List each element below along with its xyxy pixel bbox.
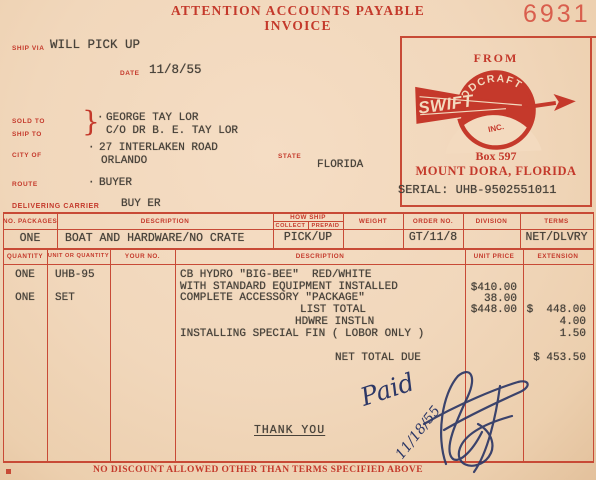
- handwritten-paid-text: Paid: [356, 367, 418, 412]
- item-extension: $ 453.50: [523, 352, 586, 364]
- item-quantity: ONE: [3, 292, 47, 304]
- item-unit: SET: [55, 292, 75, 304]
- ship-via-label: SHIP VIA: [12, 45, 45, 52]
- ship-to-label: SHIP TO: [12, 131, 42, 138]
- state-value: FLORIDA: [317, 159, 363, 171]
- item-description: COMPLETE ACCESSORY "PACKAGE": [180, 292, 365, 304]
- item-quantity: ONE: [3, 269, 47, 281]
- spear-tip: [554, 93, 577, 111]
- invoice-number: 6931: [523, 0, 591, 29]
- ship-row-no-packages: ONE: [3, 232, 57, 245]
- ship-table-vline: [593, 212, 594, 248]
- serial-label: SERIAL:: [398, 183, 448, 197]
- item-description: LIST TOTAL: [300, 304, 366, 316]
- col-header-quantity: QUANTITY: [3, 253, 47, 260]
- thank-you-text: THANK YOU: [254, 424, 325, 437]
- items-table-vline: [593, 248, 594, 463]
- ship-row-description: BOAT AND HARDWARE/NO CRATE: [65, 232, 244, 245]
- item-description: HDWRE INSTLN: [295, 316, 374, 328]
- delivering-carrier-label: DELIVERING CARRIER: [12, 203, 99, 210]
- page-title: ATTENTION ACCOUNTS PAYABLE INVOICE: [0, 3, 596, 34]
- item-extension: $ 448.00: [523, 304, 586, 316]
- city-line1: 27 INTERLAKEN ROAD: [99, 142, 218, 154]
- col-header-how-ship: HOW SHIP: [273, 214, 343, 221]
- ship-via-value: WILL PICK UP: [50, 38, 140, 52]
- col-header-your-no: YOUR NO.: [110, 253, 175, 260]
- city-of-label: CITY OF: [12, 152, 42, 159]
- dot-mark: ·: [88, 142, 95, 154]
- dot-mark: ·: [88, 177, 95, 189]
- col-header-unit-price: UNIT PRICE: [465, 253, 523, 260]
- items-table-vline: [110, 248, 111, 463]
- items-table-top-border: [3, 248, 594, 250]
- col-header-item-description: DESCRIPTION: [175, 253, 465, 260]
- col-header-weight: WEIGHT: [343, 218, 403, 225]
- from-box-line: Box 597: [400, 149, 592, 164]
- ship-row-how-ship: PICK/UP: [273, 231, 343, 244]
- delivering-carrier-value: BUY ER: [121, 198, 161, 210]
- serial-value: UHB-9502551011: [456, 183, 557, 197]
- footer-notice: NO DISCOUNT ALLOWED OTHER THAN TERMS SPE…: [0, 465, 516, 475]
- state-label: STATE: [278, 153, 301, 160]
- sold-to-line2: C/O DR B. E. TAY LOR: [106, 125, 238, 137]
- handwritten-date-text: 11/18/55: [393, 403, 444, 462]
- serial-line: SERIAL: UHB-9502551011: [398, 183, 556, 197]
- col-header-prepaid: PREPAID: [308, 223, 343, 229]
- route-label: ROUTE: [12, 181, 38, 188]
- date-label: DATE: [120, 70, 140, 77]
- city-line2: ORLANDO: [101, 155, 147, 167]
- invoice-page: ATTENTION ACCOUNTS PAYABLE INVOICE 6931 …: [0, 0, 596, 480]
- items-table-vline: [175, 248, 176, 463]
- col-header-unit: UNIT OR QUANTITY: [47, 253, 110, 259]
- col-header-order-no: ORDER NO.: [403, 218, 463, 225]
- swift-woodcraft-logo: WOODCRAFT INC. SWIFT: [405, 63, 590, 155]
- col-header-terms: TERMS: [520, 218, 593, 225]
- item-unit: UHB-95: [55, 269, 95, 281]
- col-header-collect: COLLECT: [273, 223, 308, 229]
- sold-to-label: SOLD TO: [12, 118, 45, 125]
- sold-to-line1: GEORGE TAY LOR: [106, 112, 198, 124]
- from-box-bottom-border: [400, 205, 591, 207]
- route-value: BUYER: [99, 177, 132, 189]
- signature-flourish: [424, 372, 528, 472]
- from-box-top-border: [400, 36, 596, 38]
- items-table-header-underline: [3, 264, 594, 265]
- col-header-extension: EXTENSION: [523, 253, 593, 260]
- ship-table-header-underline: [3, 229, 594, 230]
- item-description: NET TOTAL DUE: [335, 352, 421, 364]
- items-table-vline: [47, 248, 48, 463]
- item-description: CB HYDRO "BIG-BEE" RED/WHITE: [180, 269, 371, 281]
- from-city-line: MOUNT DORA, FLORIDA: [400, 164, 592, 179]
- ship-row-order-no: GT/11/8: [403, 231, 463, 244]
- item-extension: 1.50: [523, 328, 586, 340]
- col-header-description: DESCRIPTION: [57, 218, 273, 225]
- item-description: INSTALLING SPECIAL FIN ( LOBOR ONLY ): [180, 328, 424, 340]
- title-line1: ATTENTION ACCOUNTS PAYABLE: [0, 3, 596, 19]
- item-unit-price: $448.00: [465, 304, 517, 316]
- title-line2: INVOICE: [0, 18, 596, 34]
- dot-mark: ·: [97, 112, 104, 124]
- ship-row-terms: NET/DLVRY: [520, 231, 593, 244]
- col-header-division: DIVISION: [463, 218, 520, 225]
- date-value: 11/8/55: [149, 63, 202, 77]
- handwritten-paid-annotation: Paid 11/18/55: [350, 366, 585, 478]
- col-header-no-packages: NO. PACKAGES: [3, 218, 57, 225]
- item-extension: 4.00: [523, 316, 586, 328]
